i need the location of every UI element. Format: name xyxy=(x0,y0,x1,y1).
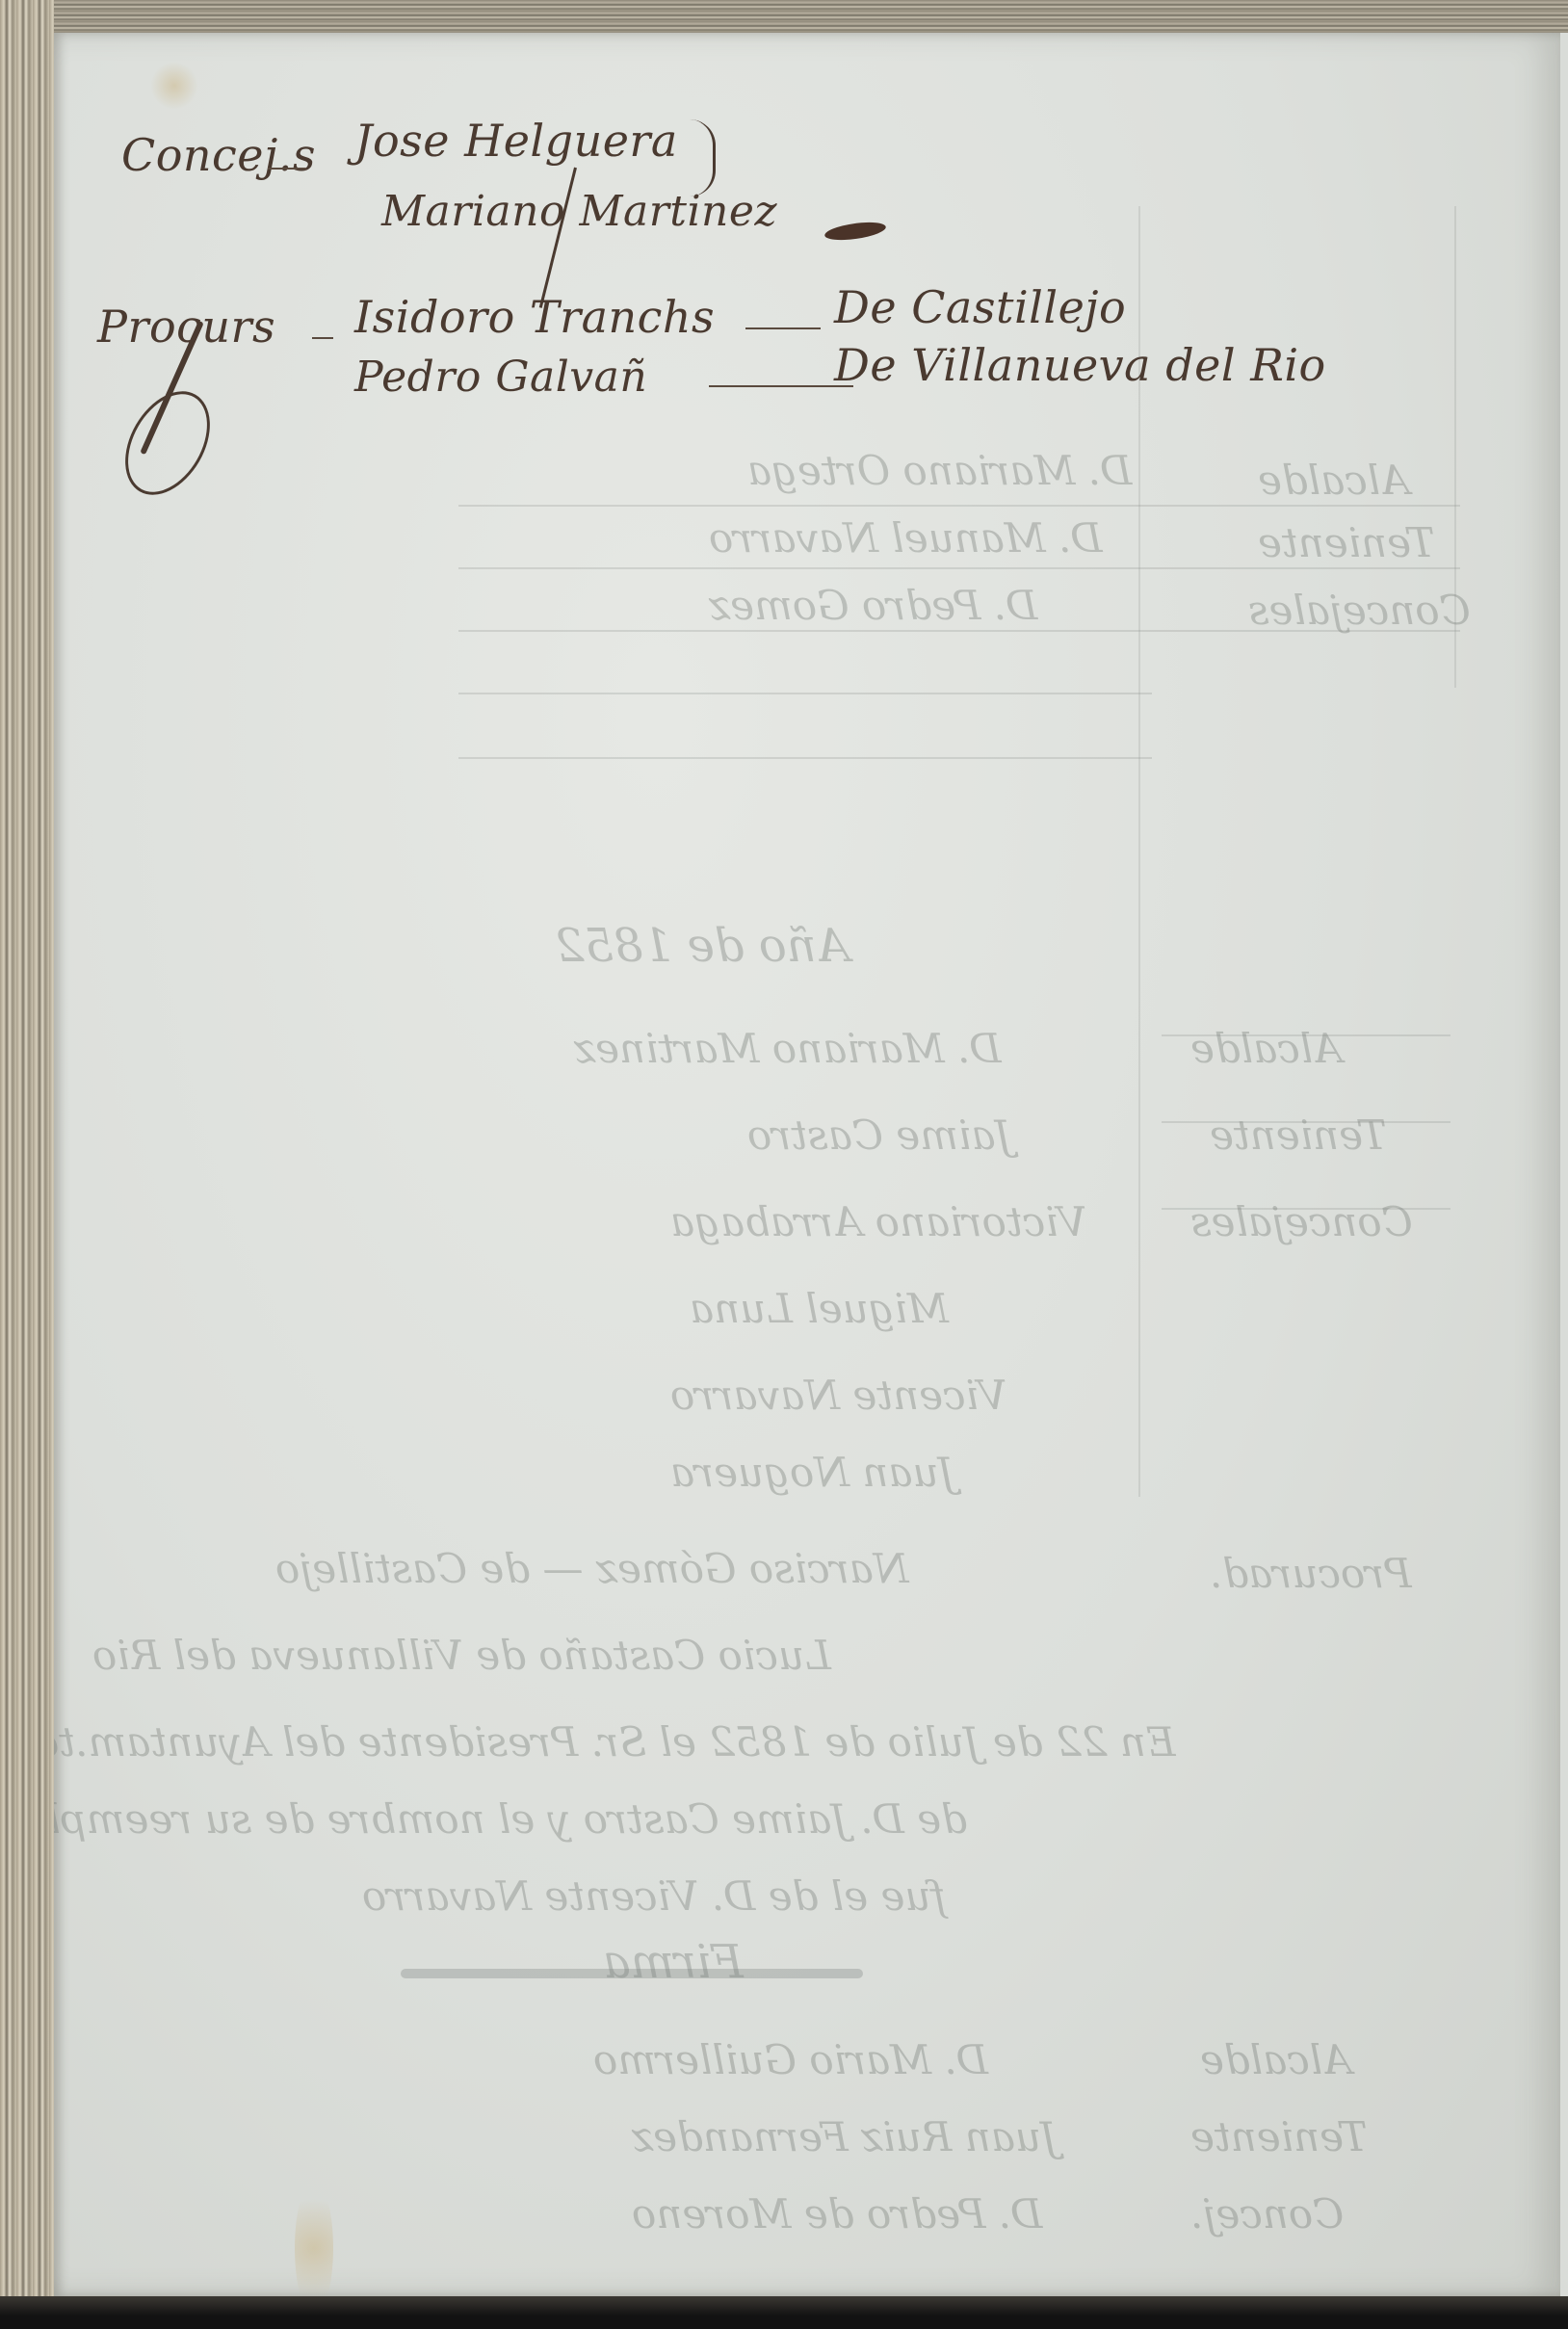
ghost-text: D. Pedro de Moreno xyxy=(632,2190,1042,2237)
ghost-row-rule xyxy=(458,567,1460,569)
ghost-text: D. Mariano Martinez xyxy=(574,1025,1002,1072)
entry-dash xyxy=(268,168,306,170)
ghost-column-rule xyxy=(1138,206,1140,1497)
ghost-text: Victoriano Arrabaga xyxy=(670,1198,1086,1245)
entry-label-concejales: Concej.s xyxy=(121,129,316,181)
ghost-paragraph-line: de D. Jaime Castro y el nombre de su ree… xyxy=(54,1795,967,1843)
concejal-name-2: Mariano Martinez xyxy=(381,187,777,236)
ghost-text: D. Manuel Navarro xyxy=(709,514,1103,562)
ghost-text: Concejales xyxy=(1190,1198,1413,1245)
concejal-name-1: Jose Helguera xyxy=(354,115,678,167)
ghost-row-rule xyxy=(458,757,1152,759)
ghost-row-rule xyxy=(458,693,1152,694)
manuscript-page: D. Mariano Ortega Alcalde D. Manuel Nava… xyxy=(54,33,1560,2296)
ghost-row-rule xyxy=(458,505,1460,507)
ghost-text: D. Mario Guillermo xyxy=(593,2036,988,2083)
page-stack-top-edge xyxy=(0,0,1568,33)
ghost-text: Teniente xyxy=(1190,2113,1368,2160)
ghost-text: Concej. xyxy=(1190,2190,1344,2237)
entry-dash xyxy=(312,337,333,339)
scan-bottom-edge xyxy=(0,2296,1568,2329)
ghost-text: Vicente Navarro xyxy=(670,1372,1007,1419)
ghost-text: D. Mariano Ortega xyxy=(747,447,1132,494)
ghost-text: Lucio Castaño de Villanueva del Rio xyxy=(92,1632,831,1679)
procurador-name-1: Isidoro Tranchs xyxy=(354,291,715,343)
ghost-heading: Año de 1852 xyxy=(555,919,849,973)
paper-stain xyxy=(295,2181,333,2296)
ghost-rule-bar xyxy=(401,1969,863,1978)
entry-label-procuradores: Procurs xyxy=(97,301,275,353)
ghost-text: D. Pedro Gomez xyxy=(709,582,1037,629)
scanned-page: D. Mariano Ortega Alcalde D. Manuel Nava… xyxy=(0,0,1568,2329)
ghost-paragraph-line: fue el de D. Vicente Navarro xyxy=(362,1872,946,1920)
ghost-text: Alcalde xyxy=(1200,2036,1352,2083)
ghost-text: Alcalde xyxy=(1258,457,1410,504)
ink-blot xyxy=(823,220,887,244)
entry-dash xyxy=(745,327,821,329)
ghost-text: Jaime Castro xyxy=(747,1112,1011,1159)
ghost-text: Miguel Luna xyxy=(690,1285,949,1332)
procurador-origin-2: De Villanueva del Rio xyxy=(834,339,1326,391)
book-binding-edge xyxy=(0,0,54,2329)
bracket-stroke xyxy=(690,119,716,196)
ghost-paragraph-line: En 22 de Julio de 1852 el Sr. Presidente… xyxy=(54,1718,1176,1766)
procurador-origin-1: De Castillejo xyxy=(834,281,1126,333)
ghost-text: Juan Ruiz Fernandez xyxy=(632,2113,1058,2160)
paper-stain xyxy=(150,62,198,110)
ghost-text: Narciso Gómez — de Castillejo xyxy=(275,1545,909,1592)
ghost-text: Teniente xyxy=(1258,519,1435,566)
ghost-text: Procurad. xyxy=(1210,1550,1412,1597)
ghost-signature: Firma xyxy=(603,1935,744,1989)
ghost-text: Teniente xyxy=(1210,1112,1387,1159)
ghost-text: Concejales xyxy=(1248,587,1471,634)
procurador-name-2: Pedro Galvañ xyxy=(354,353,647,402)
ghost-text: Alcalde xyxy=(1190,1025,1343,1072)
entry-dash xyxy=(709,385,853,387)
ghost-text: Juan Noguera xyxy=(670,1449,954,1496)
